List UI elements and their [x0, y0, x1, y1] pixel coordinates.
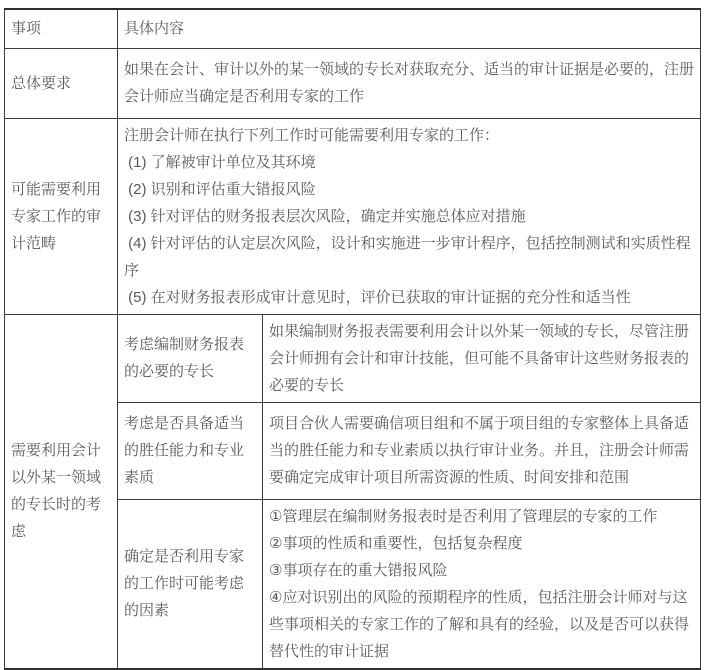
subrow-label-necessary-expertise: 考虑编制财务报表的必要的专长 [118, 314, 263, 402]
subrow-content-necessary-expertise: 如果编制财务报表需要利用会计以外某一领域的专长，尽管注册会计师拥有会计和审计技能… [263, 314, 701, 402]
row-label-considerations: 需要利用会计以外某一领域的专长时的考虑 [5, 314, 118, 669]
audit-expert-table: 事项 具体内容 总体要求 如果在会计、审计以外的某一领域的专长对获取充分、适当的… [4, 8, 701, 670]
row-label-audit-scope: 可能需要利用专家工作的审计范畴 [5, 118, 118, 314]
table-row-overall-requirement: 总体要求 如果在会计、审计以外的某一领域的专长对获取充分、适当的审计证据是必要的… [5, 48, 701, 118]
table-row-consideration-expertise: 需要利用会计以外某一领域的专长时的考虑 考虑编制财务报表的必要的专长 如果编制财… [5, 314, 701, 402]
row-label-overall-requirement: 总体要求 [5, 48, 118, 118]
header-cell-content: 具体内容 [118, 9, 701, 48]
row-content-audit-scope: 注册会计师在执行下列工作时可能需要利用专家的工作： (1) 了解被审计单位及其环… [118, 118, 701, 314]
table-row-audit-scope: 可能需要利用专家工作的审计范畴 注册会计师在执行下列工作时可能需要利用专家的工作… [5, 118, 701, 314]
row-content-overall-requirement: 如果在会计、审计以外的某一领域的专长对获取充分、适当的审计证据是必要的，注册会计… [118, 48, 701, 118]
subrow-label-competence: 考虑是否具备适当的胜任能力和专业素质 [118, 402, 263, 499]
header-row: 事项 具体内容 [5, 9, 701, 48]
header-cell-item: 事项 [5, 9, 118, 48]
page: 事项 具体内容 总体要求 如果在会计、审计以外的某一领域的专长对获取充分、适当的… [0, 0, 707, 662]
subrow-content-competence: 项目合伙人需要确信项目组和不属于项目组的专家整体上具备适当的胜任能力和专业素质以… [263, 402, 701, 499]
subrow-label-factors: 确定是否利用专家的工作时可能考虑的因素 [118, 499, 263, 669]
subrow-content-factors: ①管理层在编制财务报表时是否利用了管理层的专家的工作 ②事项的性质和重要性，包括… [263, 499, 701, 669]
